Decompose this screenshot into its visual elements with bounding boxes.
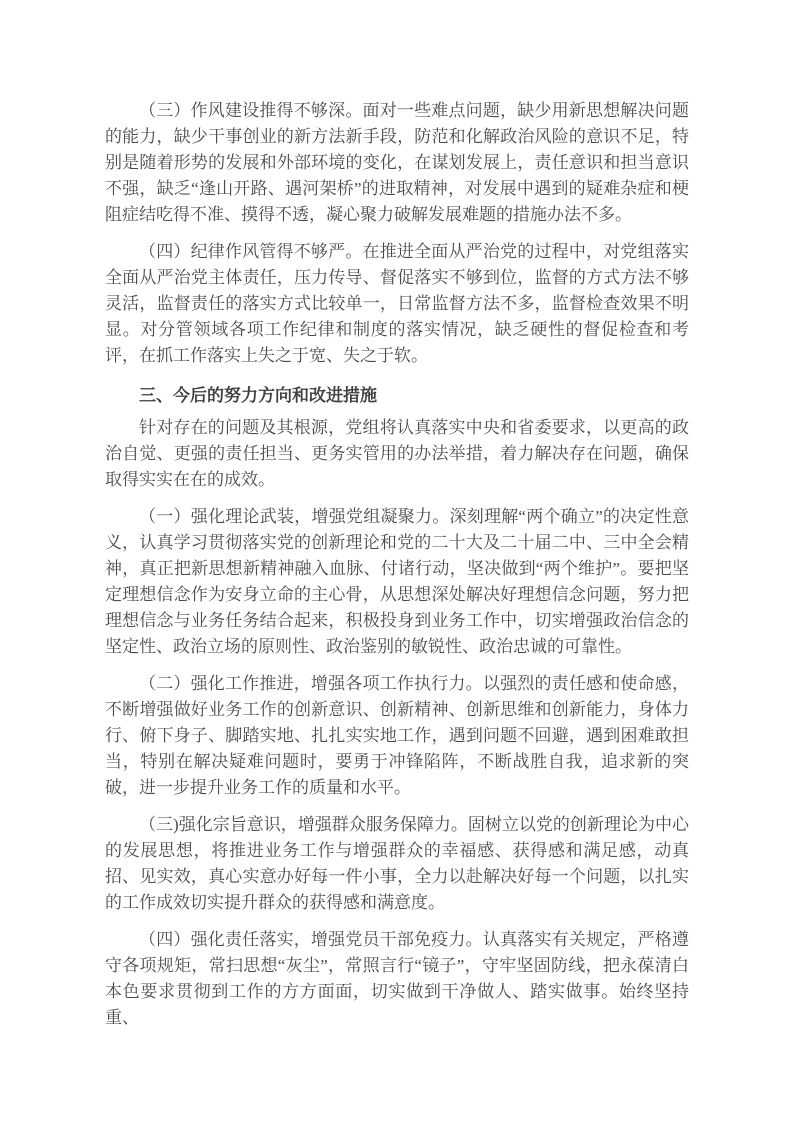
section-heading-improvement-measures: 三、今后的努力方向和改进措施 <box>105 383 689 409</box>
paragraph-measure-2: （二）强化工作推进，增强各项工作执行力。以强烈的责任感和使命感，不断增强做好业务… <box>105 671 689 801</box>
paragraph-intro: 针对存在的问题及其根源，党组将认真落实中央和省委要求，以更高的政治自觉、更强的责… <box>105 415 689 493</box>
paragraph-measure-4: （四）强化责任落实，增强党员干部免疫力。认真落实有关规定，严格遵守各项规矩，常扫… <box>105 927 689 1031</box>
paragraph-measure-1: （一）强化理论武装，增强党组凝聚力。深刻理解“两个确立”的决定性意义，认真学习贯… <box>105 504 689 660</box>
paragraph-shortcoming-3: （三）作风建设推得不够深。面对一些难点问题，缺少用新思想解决问题的能力，缺少干事… <box>105 98 689 228</box>
paragraph-shortcoming-4: （四）纪律作风管得不够严。在推进全面从严治党的过程中，对党组落实全面从严治党主体… <box>105 239 689 369</box>
paragraph-measure-3: （三)强化宗旨意识，增强群众服务保障力。固树立以党的创新理论为中心的发展思想，将… <box>105 812 689 916</box>
document-page: （三）作风建设推得不够深。面对一些难点问题，缺少用新思想解决问题的能力，缺少干事… <box>0 0 793 1122</box>
